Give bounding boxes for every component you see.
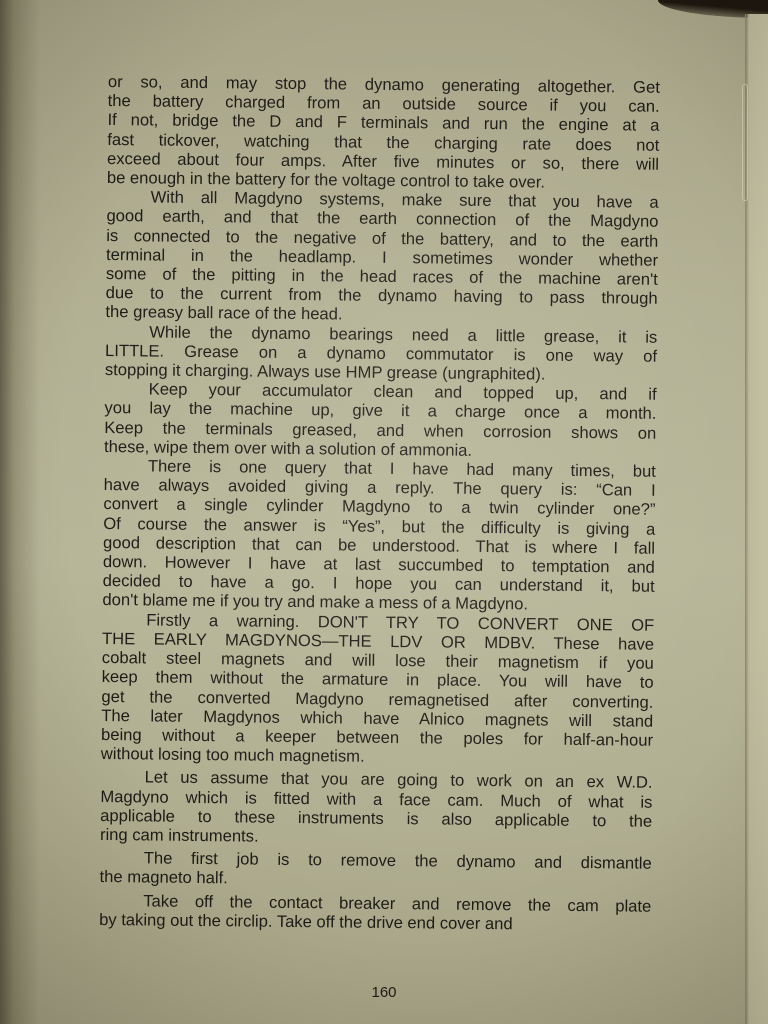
paragraph: Take off the contact breaker and remove … [99,890,651,934]
paragraph: Keep your accumulator clean and topped u… [104,379,657,462]
paragraph: Firstly a warning. DON'T TRY TO CONVERT … [101,610,655,769]
paragraph: While the dynamo bearings need a little … [105,322,658,385]
paragraph: There is one query that I have had many … [102,456,656,615]
paragraph: or so, and may stop the dynamo generatin… [107,72,660,193]
page-number: 160 [0,984,768,1001]
adjacent-page-edge [745,14,768,1024]
paragraph: With all Magdyno systems, make sure that… [105,187,658,327]
paragraph: Let us assume that you are going to work… [100,767,653,850]
body-text: or so, and may stop the dynamo generatin… [99,72,660,935]
paragraph: The first job is to remove the dynamo an… [99,848,651,892]
book-page: or so, and may stop the dynamo generatin… [0,0,768,1024]
page-crease-mark [742,84,748,201]
